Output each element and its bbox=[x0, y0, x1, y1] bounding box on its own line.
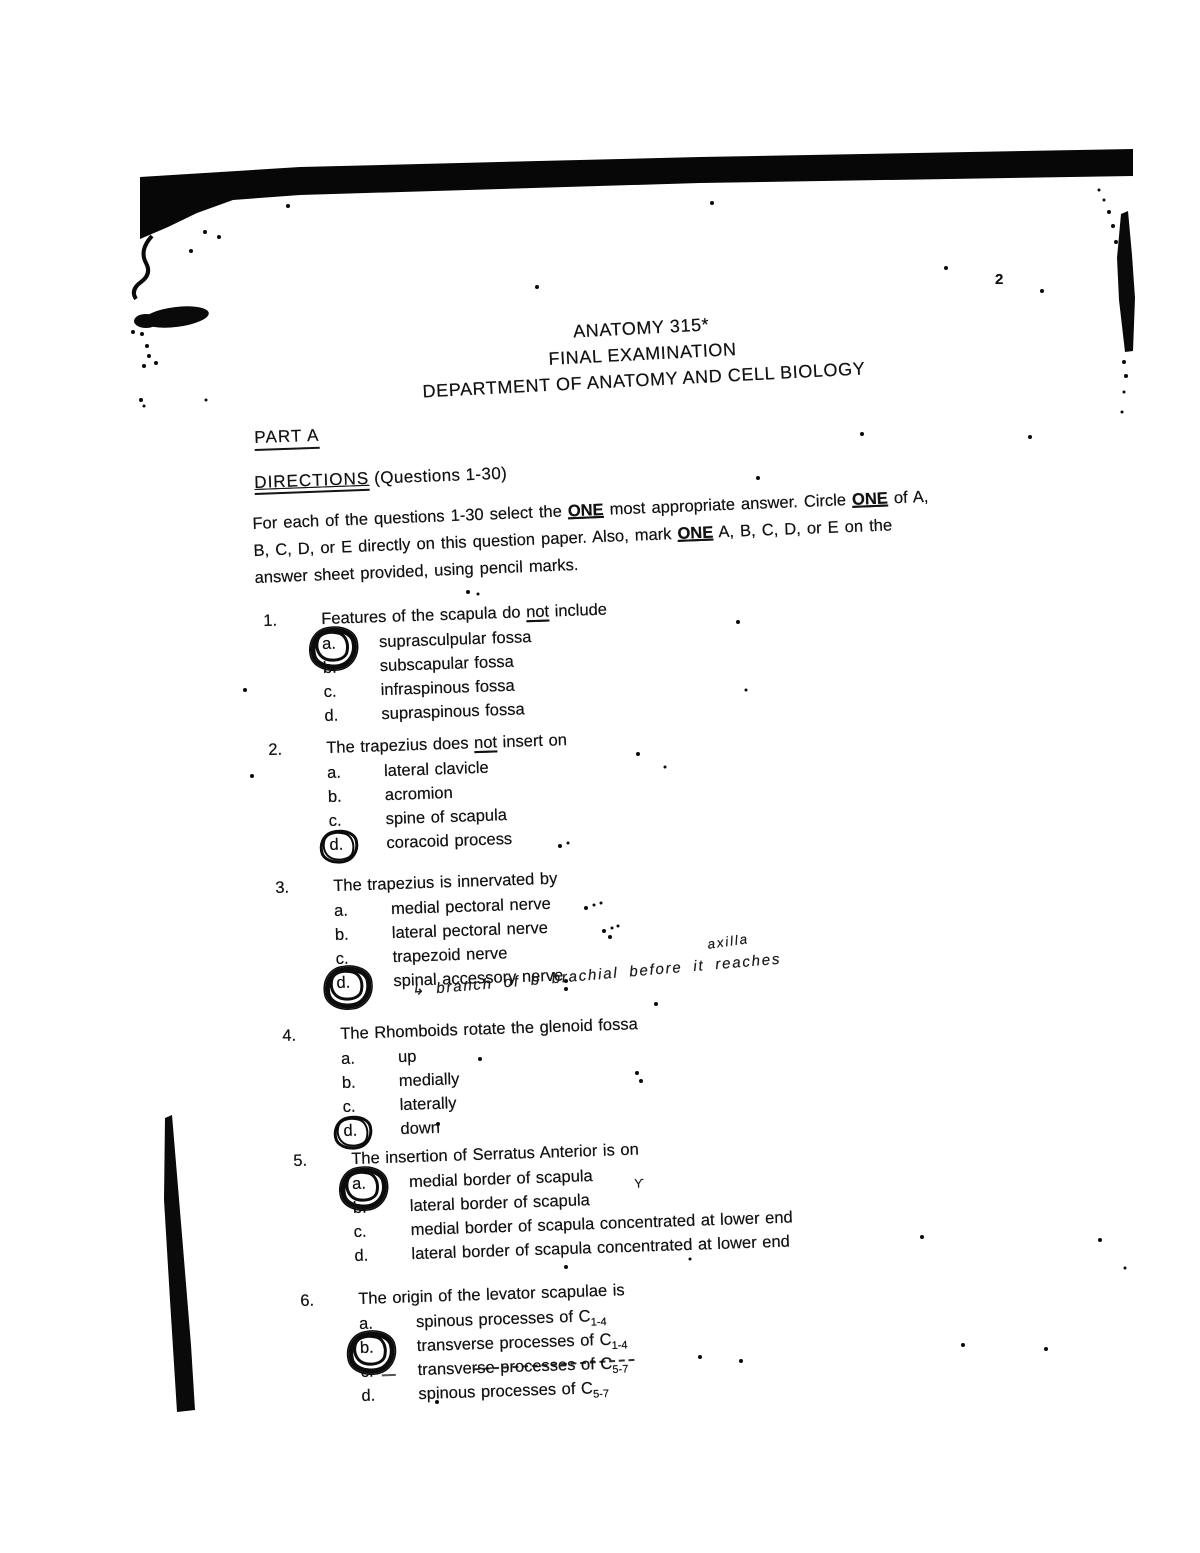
directions-paragraph: For each of the questions 1-30 select th… bbox=[252, 478, 1065, 591]
option-text: subscapular fossa bbox=[380, 653, 515, 676]
emphasis-one: ONE bbox=[852, 489, 888, 508]
option-letter: a. bbox=[334, 900, 392, 921]
option-text: lateral pectoral nerve bbox=[392, 919, 549, 943]
vertebra-subscript: 5-7 bbox=[593, 1388, 609, 1401]
page-number: 2 bbox=[995, 271, 1003, 288]
option-text: trapezoid nerve bbox=[392, 944, 507, 967]
option-text: lateral clavicle bbox=[384, 759, 489, 781]
question-stem: The trapezius is innervated by bbox=[333, 869, 558, 897]
vertebra-subscript: 5-7 bbox=[612, 1363, 628, 1376]
answer-circle-mark: d. bbox=[336, 972, 394, 993]
question-4: 4. The Rhomboids rotate the glenoid foss… bbox=[282, 999, 1086, 1147]
question-1: 1. Features of the scapula do not includ… bbox=[263, 584, 1067, 732]
question-2: 2. The trapezius does not insert on a. l… bbox=[268, 713, 1072, 861]
option-text: infraspinous fossa bbox=[380, 677, 515, 700]
question-number: 4. bbox=[282, 1024, 341, 1047]
emphasis-one: ONE bbox=[568, 501, 604, 520]
left-edge-squiggle bbox=[134, 236, 152, 299]
question-3: 3. The trapezius is innervated by a. med… bbox=[275, 851, 1079, 999]
option-letter: c. bbox=[328, 810, 386, 831]
handwritten-check-mark: ϒ bbox=[634, 1176, 646, 1190]
question-stem: The origin of the levator scapulae is bbox=[358, 1280, 625, 1310]
option-text: medial pectoral nerve bbox=[391, 895, 551, 919]
option-letter: c. bbox=[342, 1096, 400, 1117]
answer-circle-mark: d. bbox=[329, 834, 387, 855]
question-number: 2. bbox=[268, 738, 327, 761]
question-number: 1. bbox=[263, 609, 322, 632]
scanned-exam-page: 2 ANATOMY 315* FINAL EXAMINATION DEPARTM… bbox=[0, 0, 1200, 1553]
directions-heading-word: DIRECTIONS bbox=[254, 469, 370, 495]
answer-circle-mark: b. bbox=[360, 1337, 418, 1358]
vertebra-subscript: 1-4 bbox=[611, 1339, 627, 1352]
question-number: 6. bbox=[300, 1289, 359, 1312]
option-text: suprasculpular fossa bbox=[379, 628, 532, 652]
option-text: acromion bbox=[385, 784, 453, 805]
answer-circle-mark: a. bbox=[352, 1173, 410, 1194]
option-letter: c. bbox=[353, 1221, 411, 1242]
option-text: spinous processes of C1-4 bbox=[416, 1307, 607, 1335]
option-text: medial border of scapula bbox=[409, 1167, 593, 1192]
option-letter: b. bbox=[323, 657, 381, 678]
top-scan-band bbox=[140, 149, 1133, 239]
option-text: down bbox=[400, 1119, 440, 1139]
emphasis-one: ONE bbox=[677, 524, 713, 543]
part-a-heading: PART A bbox=[254, 426, 320, 451]
exam-header: ANATOMY 315* FINAL EXAMINATION DEPARTMEN… bbox=[388, 302, 896, 406]
left-edge-blob bbox=[142, 303, 210, 331]
option-letter: b. bbox=[353, 1197, 411, 1218]
left-edge-blob-small bbox=[134, 314, 158, 328]
option-letter: d. bbox=[324, 705, 382, 726]
option-text: supraspinous fossa bbox=[381, 700, 525, 724]
option-letter: b. bbox=[328, 786, 386, 807]
option-text: medially bbox=[399, 1070, 460, 1091]
option-letter: c. bbox=[360, 1361, 418, 1382]
question-stem: The Rhomboids rotate the glenoid fossa bbox=[340, 1014, 638, 1045]
option-text: spine of scapula bbox=[385, 806, 507, 829]
question-number: 5. bbox=[293, 1149, 352, 1172]
option-letter: c. bbox=[323, 681, 381, 702]
left-margin-streak bbox=[164, 1115, 195, 1412]
option-letter: d. bbox=[361, 1385, 419, 1406]
directions-heading: DIRECTIONS (Questions 1-30) bbox=[254, 464, 508, 493]
option-text: up bbox=[398, 1048, 417, 1068]
answer-circle-mark: a. bbox=[322, 633, 380, 654]
option-text: laterally bbox=[399, 1094, 456, 1115]
question-5: 5. The insertion of Serratus Anterior is… bbox=[293, 1124, 1097, 1272]
question-6: 6. The origin of the levator scapulae is… bbox=[300, 1264, 1104, 1412]
right-edge-streak bbox=[1117, 211, 1135, 352]
option-letter: b. bbox=[342, 1072, 400, 1093]
question-number: 3. bbox=[275, 876, 334, 899]
answer-circle-mark: d. bbox=[343, 1120, 401, 1141]
vertebra-subscript: 1-4 bbox=[591, 1316, 607, 1329]
option-letter: a. bbox=[341, 1048, 399, 1069]
directions-scope: (Questions 1-30) bbox=[369, 464, 508, 488]
question-stem: Features of the scapula do not include bbox=[321, 600, 607, 630]
option-letter: d. bbox=[354, 1245, 412, 1266]
question-stem: The trapezius does not insert on bbox=[326, 730, 567, 759]
option-text: coracoid process bbox=[386, 830, 512, 853]
option-letter: b. bbox=[335, 924, 393, 945]
option-letter: a. bbox=[327, 762, 385, 783]
